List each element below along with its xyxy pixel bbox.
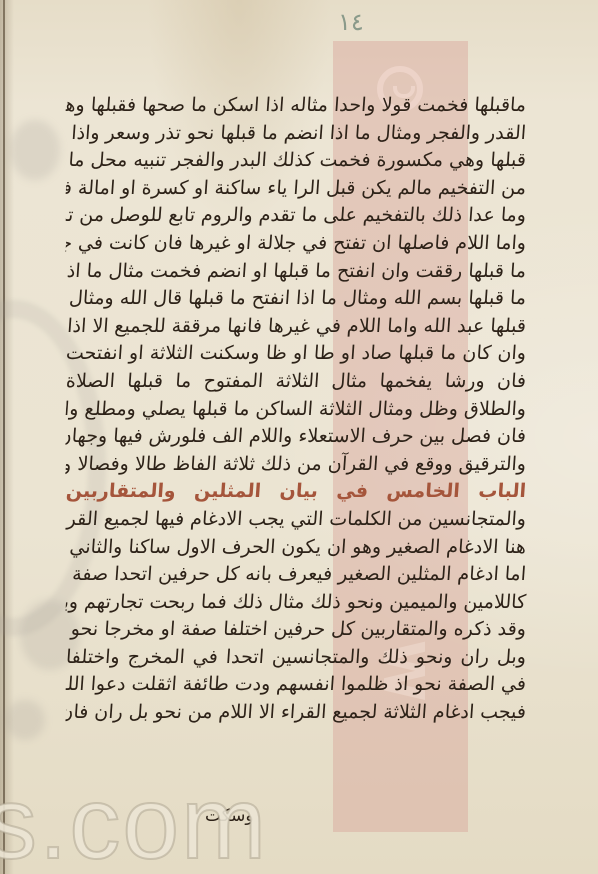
text-line: وان كان ما قبلها صاد او طا او ظا وسكنت ا… <box>65 340 527 368</box>
manuscript-text: ماقبلها فخمت قولا واحدا مثاله اذا اسكن م… <box>66 92 526 727</box>
text-line: وما عدا ذلك بالتفخيم على ما تقدم والروم … <box>65 202 527 230</box>
text-line: قبلها وهي مكسورة فخمت كذلك البدر والفجر … <box>65 147 527 175</box>
text-line: هنا الادغام الصغير وهو ان يكون الحرف الا… <box>65 534 527 562</box>
folio-number: ١٤ <box>338 8 364 36</box>
text-line: اما ادغام المثلين الصغير فيعرف بانه كل ح… <box>65 561 527 589</box>
text-line: وقد ذكره والمتقاربين كل حرفين اختلفا صفة… <box>65 616 527 644</box>
text-line: فان فصل بين حرف الاستعلاء واللام الف فلو… <box>65 423 527 451</box>
text-line: فيجب ادغام الثلاثة لجميع القراء الا اللا… <box>65 699 527 727</box>
watermark-domain-text: s.com <box>0 772 268 874</box>
text-line: ماقبلها فخمت قولا واحدا مثاله اذا اسكن م… <box>65 92 527 120</box>
manuscript-page: W ١٤ ماقبلها فخمت قولا واحدا مثاله اذا ا… <box>0 0 598 874</box>
text-line: واما اللام فاصلها ان تفتح في جلالة او غي… <box>65 230 527 258</box>
text-line: كاللامين والميمين ونحو ذلك مثال ذلك فما … <box>65 589 527 617</box>
chapter-heading: الباب الخامس في بيان المثلين والمتقاربين <box>65 478 527 506</box>
text-line: قبلها عبد الله واما اللام في غيرها فانها… <box>65 313 527 341</box>
text-line: وبل ران ونحو ذلك والمتجانسين اتحدا في ال… <box>65 644 527 672</box>
text-line: في الصفة نحو اذ ظلموا انفسهم ودت طائفة ا… <box>65 671 527 699</box>
text-line: من التفخيم مالم يكن قبل الرا ياء ساكنة ا… <box>65 175 527 203</box>
water-stain <box>10 120 60 180</box>
text-line: والطلاق وظل ومثال الثلاثة الساكن ما قبله… <box>65 396 527 424</box>
text-line: ما قبلها بسم الله ومثال ما اذا انفتح ما … <box>65 285 527 313</box>
text-line: والترقيق ووقع في القرآن من ذلك ثلاثة الف… <box>65 451 527 479</box>
text-line: فان ورشا يفخمها مثال الثلاثة المفتوح ما … <box>65 368 527 396</box>
text-line: والمتجانسين من الكلمات التي يجب الادغام … <box>65 506 527 534</box>
water-stain <box>5 700 45 740</box>
text-line: القدر والفجر ومثال ما اذا انضم ما قبلها … <box>65 120 527 148</box>
text-line: ما قبلها رققت وان انفتح ما قبلها او انضم… <box>65 258 527 286</box>
